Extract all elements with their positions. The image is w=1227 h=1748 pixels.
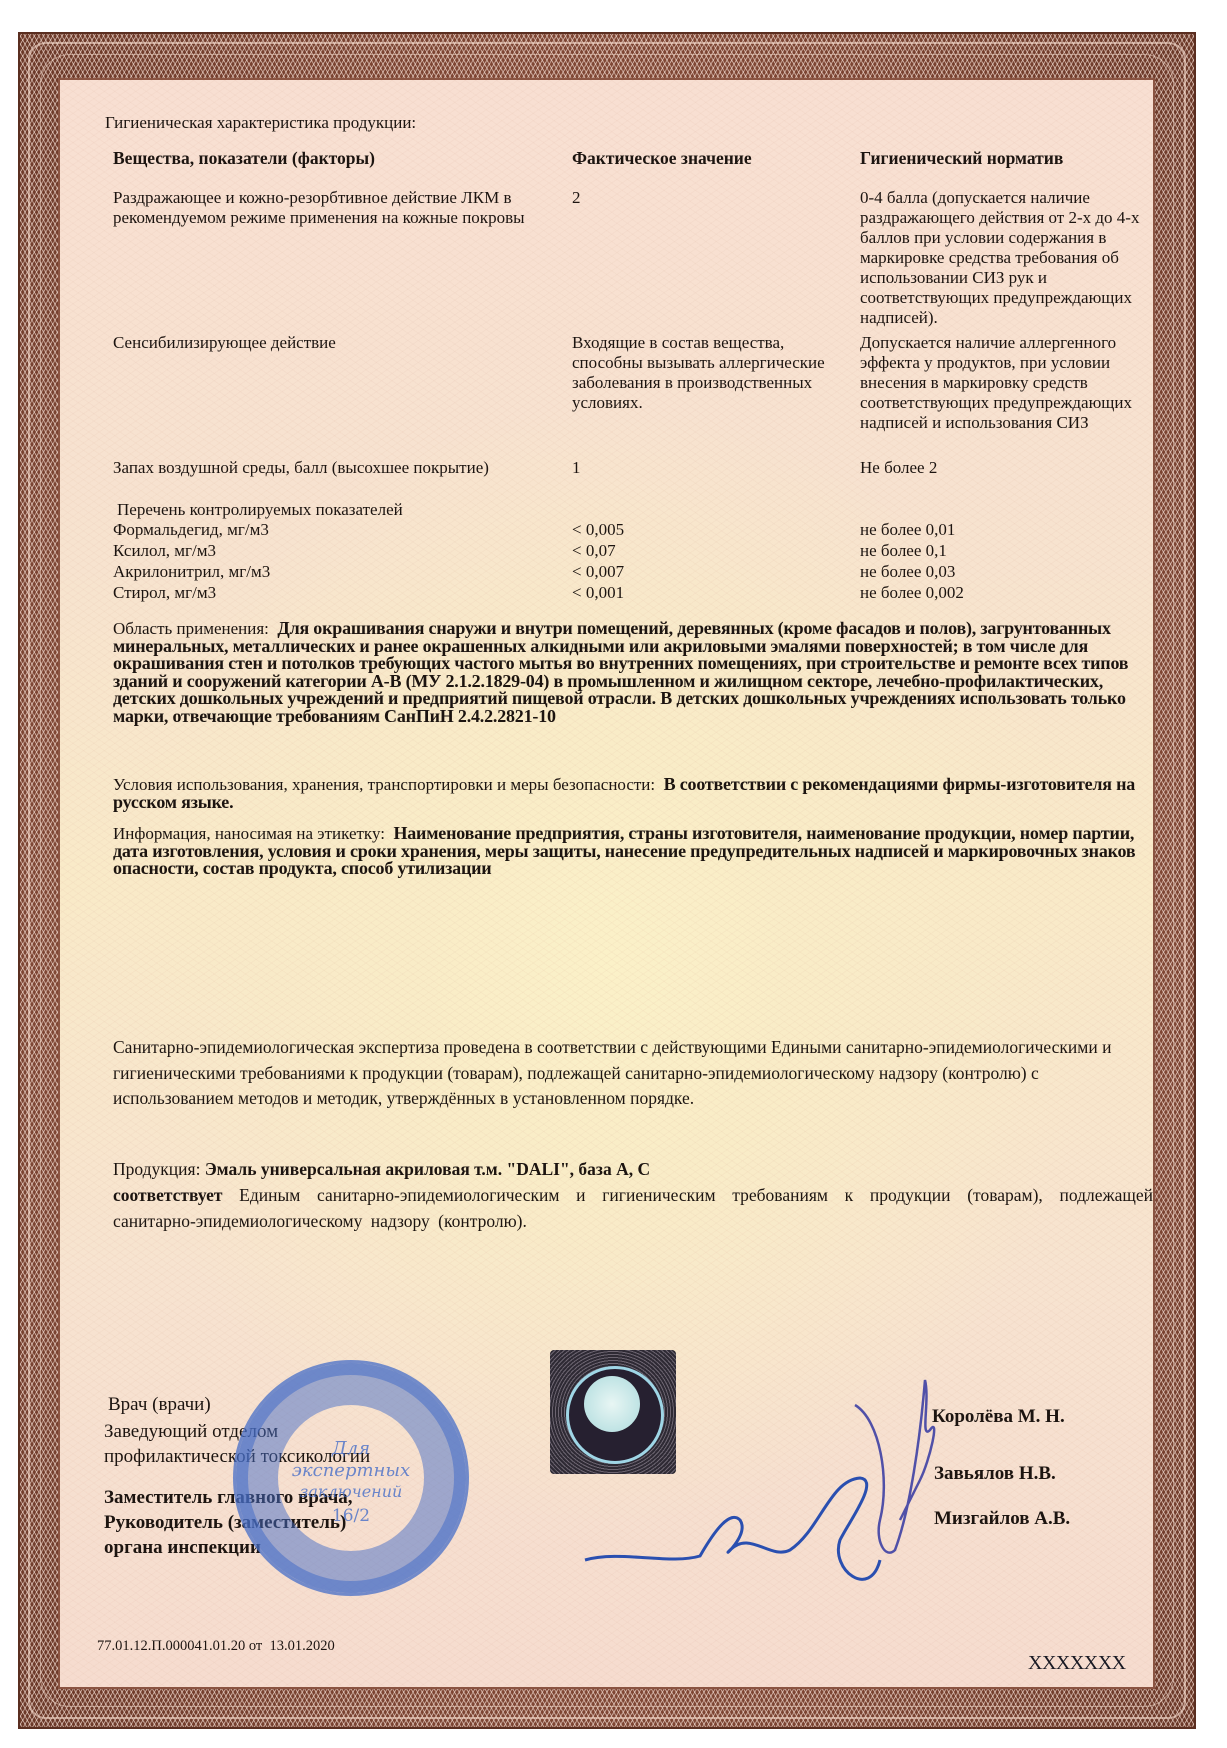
stamp-line3: заключений bbox=[236, 1482, 466, 1501]
signature-icon bbox=[580, 1360, 960, 1590]
row3-factor: Запах воздушной среды, балл (высохшее по… bbox=[113, 458, 513, 478]
label-info-paragraph: Информация, наносимая на этикетку: Наиме… bbox=[113, 825, 1153, 878]
row1-actual: 2 bbox=[572, 188, 842, 208]
row1-norm: 0-4 балла (допускается наличие раздражаю… bbox=[860, 188, 1165, 328]
controlled-norm-styrene: не более 0,002 bbox=[860, 583, 1180, 603]
table-header-norm: Гигиенический норматив bbox=[860, 148, 1180, 169]
row3-actual: 1 bbox=[572, 458, 842, 478]
role-deputy-line3: органа инспекции bbox=[104, 1536, 261, 1560]
row2-factor: Сенсибилизирующее действие bbox=[113, 333, 543, 353]
controlled-actual-styrene: < 0,001 bbox=[572, 583, 842, 603]
controlled-factor-xylene: Ксилол, мг/м3 bbox=[113, 541, 543, 561]
table-header-actual: Фактическое значение bbox=[572, 148, 842, 169]
controlled-factor-formaldehyde: Формальдегид, мг/м3 bbox=[113, 520, 543, 540]
document-number-line: 77.01.12.П.000041.01.20 от 13.01.2020 bbox=[97, 1638, 335, 1655]
controlled-factor-acrylonitrile: Акрилонитрил, мг/м3 bbox=[113, 562, 543, 582]
row2-norm: Допускается наличие аллергенного эффекта… bbox=[860, 333, 1178, 433]
controlled-norm-acrylonitrile: не более 0,03 bbox=[860, 562, 1180, 582]
row1-factor: Раздражающее и кожно-резорбтивное действ… bbox=[113, 188, 533, 228]
controlled-norm-formaldehyde: не более 0,01 bbox=[860, 520, 1180, 540]
role-doctors: Врач (врачи) bbox=[108, 1393, 211, 1417]
controlled-title: Перечень контролируемых показателей bbox=[117, 500, 403, 520]
controlled-actual-acrylonitrile: < 0,007 bbox=[572, 562, 842, 582]
row2-actual: Входящие в состав вещества, способны выз… bbox=[572, 333, 834, 413]
serial-number: XXXXXXX bbox=[1028, 1652, 1126, 1675]
conforms-text: Единым санитарно-эпидемиологическим и ги… bbox=[113, 1185, 1153, 1231]
section-title: Гигиеническая характеристика продукции: bbox=[105, 113, 416, 133]
document-date: 13.01.2020 bbox=[270, 1638, 335, 1654]
conforms-word: соответствует bbox=[113, 1185, 222, 1205]
row3-norm: Не более 2 bbox=[860, 458, 1180, 478]
product-label: Продукция: bbox=[113, 1159, 200, 1179]
conformity-paragraph: соответствует Единым санитарно-эпидемиол… bbox=[113, 1183, 1153, 1234]
document-from: от bbox=[249, 1638, 262, 1654]
official-stamp: Для экспертных заключений 16/2 bbox=[233, 1360, 469, 1596]
expertise-paragraph: Санитарно-эпидемиологическая экспертиза … bbox=[113, 1035, 1133, 1112]
product-name: Эмаль универсальная акриловая т.м. "DALI… bbox=[205, 1159, 650, 1179]
conditions-paragraph: Условия использования, хранения, транспо… bbox=[113, 776, 1153, 811]
stamp-line2: экспертных bbox=[236, 1460, 466, 1481]
document-number: 77.01.12.П.000041.01.20 bbox=[97, 1638, 245, 1654]
controlled-actual-formaldehyde: < 0,005 bbox=[572, 520, 842, 540]
table-header-factor: Вещества, показатели (факторы) bbox=[113, 148, 543, 169]
stamp-line1: Для bbox=[236, 1438, 466, 1459]
stamp-number: 16/2 bbox=[236, 1506, 466, 1526]
controlled-actual-xylene: < 0,07 bbox=[572, 541, 842, 561]
product-line: Продукция: Эмаль универсальная акриловая… bbox=[113, 1157, 1153, 1183]
controlled-factor-styrene: Стирол, мг/м3 bbox=[113, 583, 543, 603]
controlled-norm-xylene: не более 0,1 bbox=[860, 541, 1180, 561]
scope-paragraph: Область применения: Для окрашивания снар… bbox=[113, 620, 1153, 725]
